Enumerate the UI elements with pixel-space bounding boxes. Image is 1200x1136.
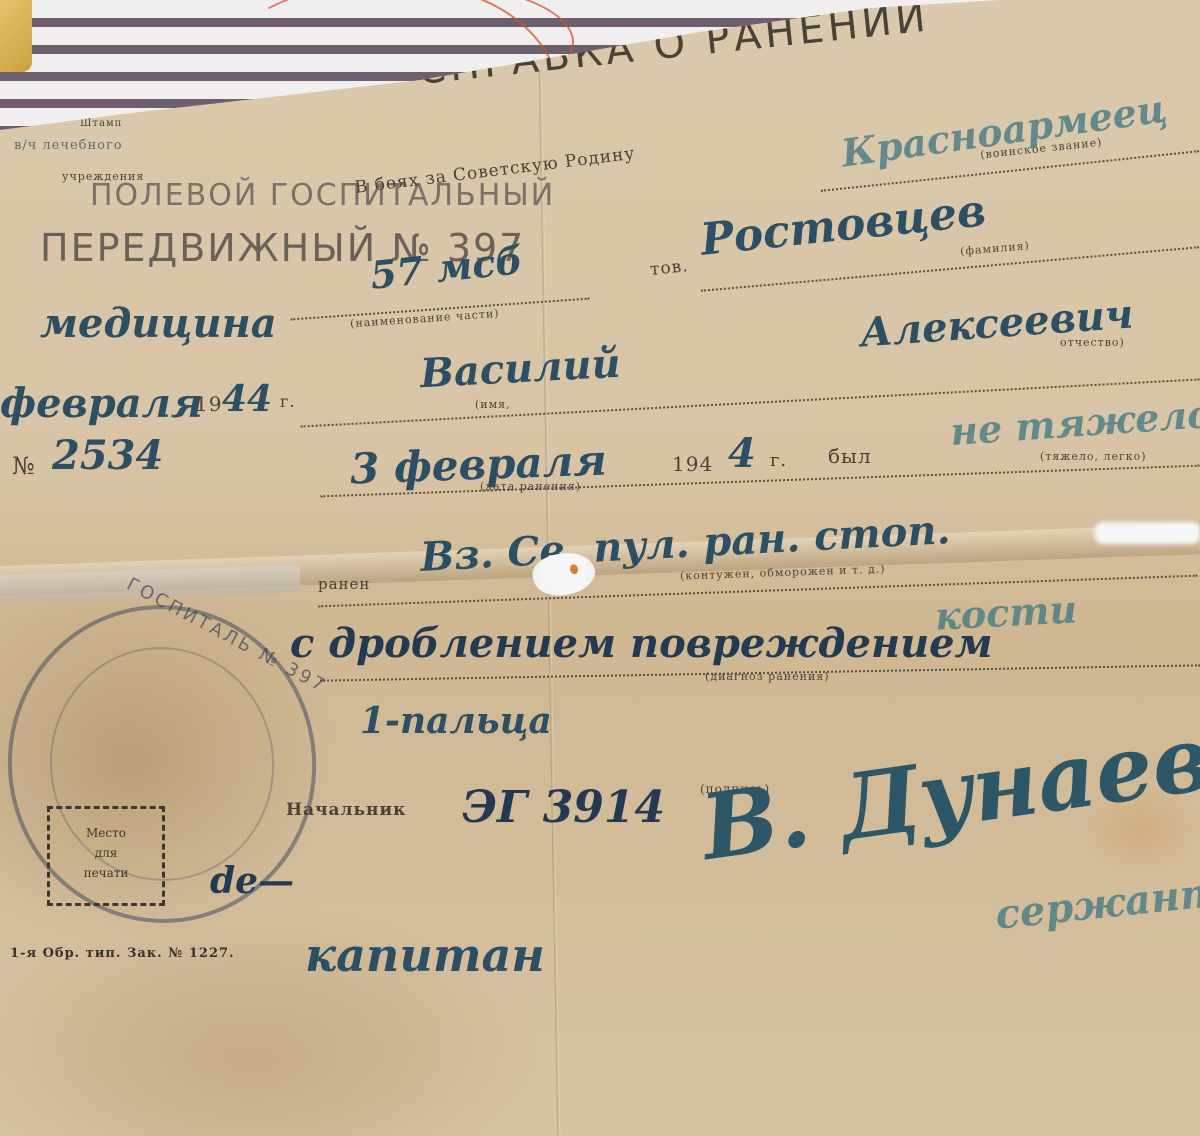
rank-signature: капитан: [305, 928, 545, 982]
wound-year-suffix: г.: [770, 450, 787, 471]
diagnosis-value-3: 1-пальца: [360, 700, 552, 742]
signature: В. Дунаев: [695, 705, 1200, 881]
wound-year-printed: 194: [672, 452, 713, 476]
year-prefix: 19: [195, 392, 222, 416]
chief-label: Начальник: [286, 800, 406, 820]
year-value: 44: [222, 378, 272, 420]
seal-signature-mark: de—: [210, 860, 294, 902]
printing-house-note: 1-я Обр. тип. Зак. № 1227.: [10, 946, 235, 961]
surname-value: Ростовцев: [698, 185, 988, 266]
number-label: №: [12, 452, 36, 480]
chief-value: ЭГ 3914: [462, 782, 665, 833]
rank-value: Красноармеец: [838, 85, 1169, 175]
glare: [1095, 522, 1200, 544]
wound-date-caption: (дата ранения): [480, 480, 581, 493]
was-label: был: [828, 444, 872, 468]
surname-caption: (фамилия): [960, 239, 1031, 258]
certificate-paper: СПРАВКА О РАНЕНИИ Штамп в/ч лечебного уч…: [0, 0, 1200, 1136]
rank-signature-2: сержант: [993, 868, 1200, 939]
month-value: февраля: [0, 380, 203, 427]
severity-value: не тяжело: [949, 391, 1200, 454]
wound-type-label: ранен: [318, 575, 370, 593]
gold-object: [0, 0, 32, 72]
diagnosis-value: с дроблением повреждением: [290, 620, 993, 667]
comrade-label: тов.: [649, 256, 690, 280]
stamp-label: Штамп: [80, 118, 122, 129]
name-value: Василий: [419, 340, 622, 397]
severity-caption: (тяжело, легко): [1040, 450, 1147, 463]
unit-type-value: медицина: [40, 300, 277, 347]
stamp-word: ПОЛЕВОЙ ГОСПИТАЛЬНЫЙ: [90, 178, 555, 213]
year-suffix: г.: [280, 392, 295, 411]
name-caption: (имя,: [475, 398, 511, 411]
wound-year-value: 4: [728, 430, 756, 477]
number-value: 2534: [52, 432, 163, 479]
stamp-unit: в/ч лечебного: [14, 138, 123, 153]
patronymic-caption: отчество): [1060, 336, 1125, 349]
diagnosis-value-2: кости: [934, 586, 1078, 638]
seal-placeholder-box: Место для печати: [47, 806, 165, 906]
diagnosis-caption: (диагноз ранения): [705, 670, 830, 683]
